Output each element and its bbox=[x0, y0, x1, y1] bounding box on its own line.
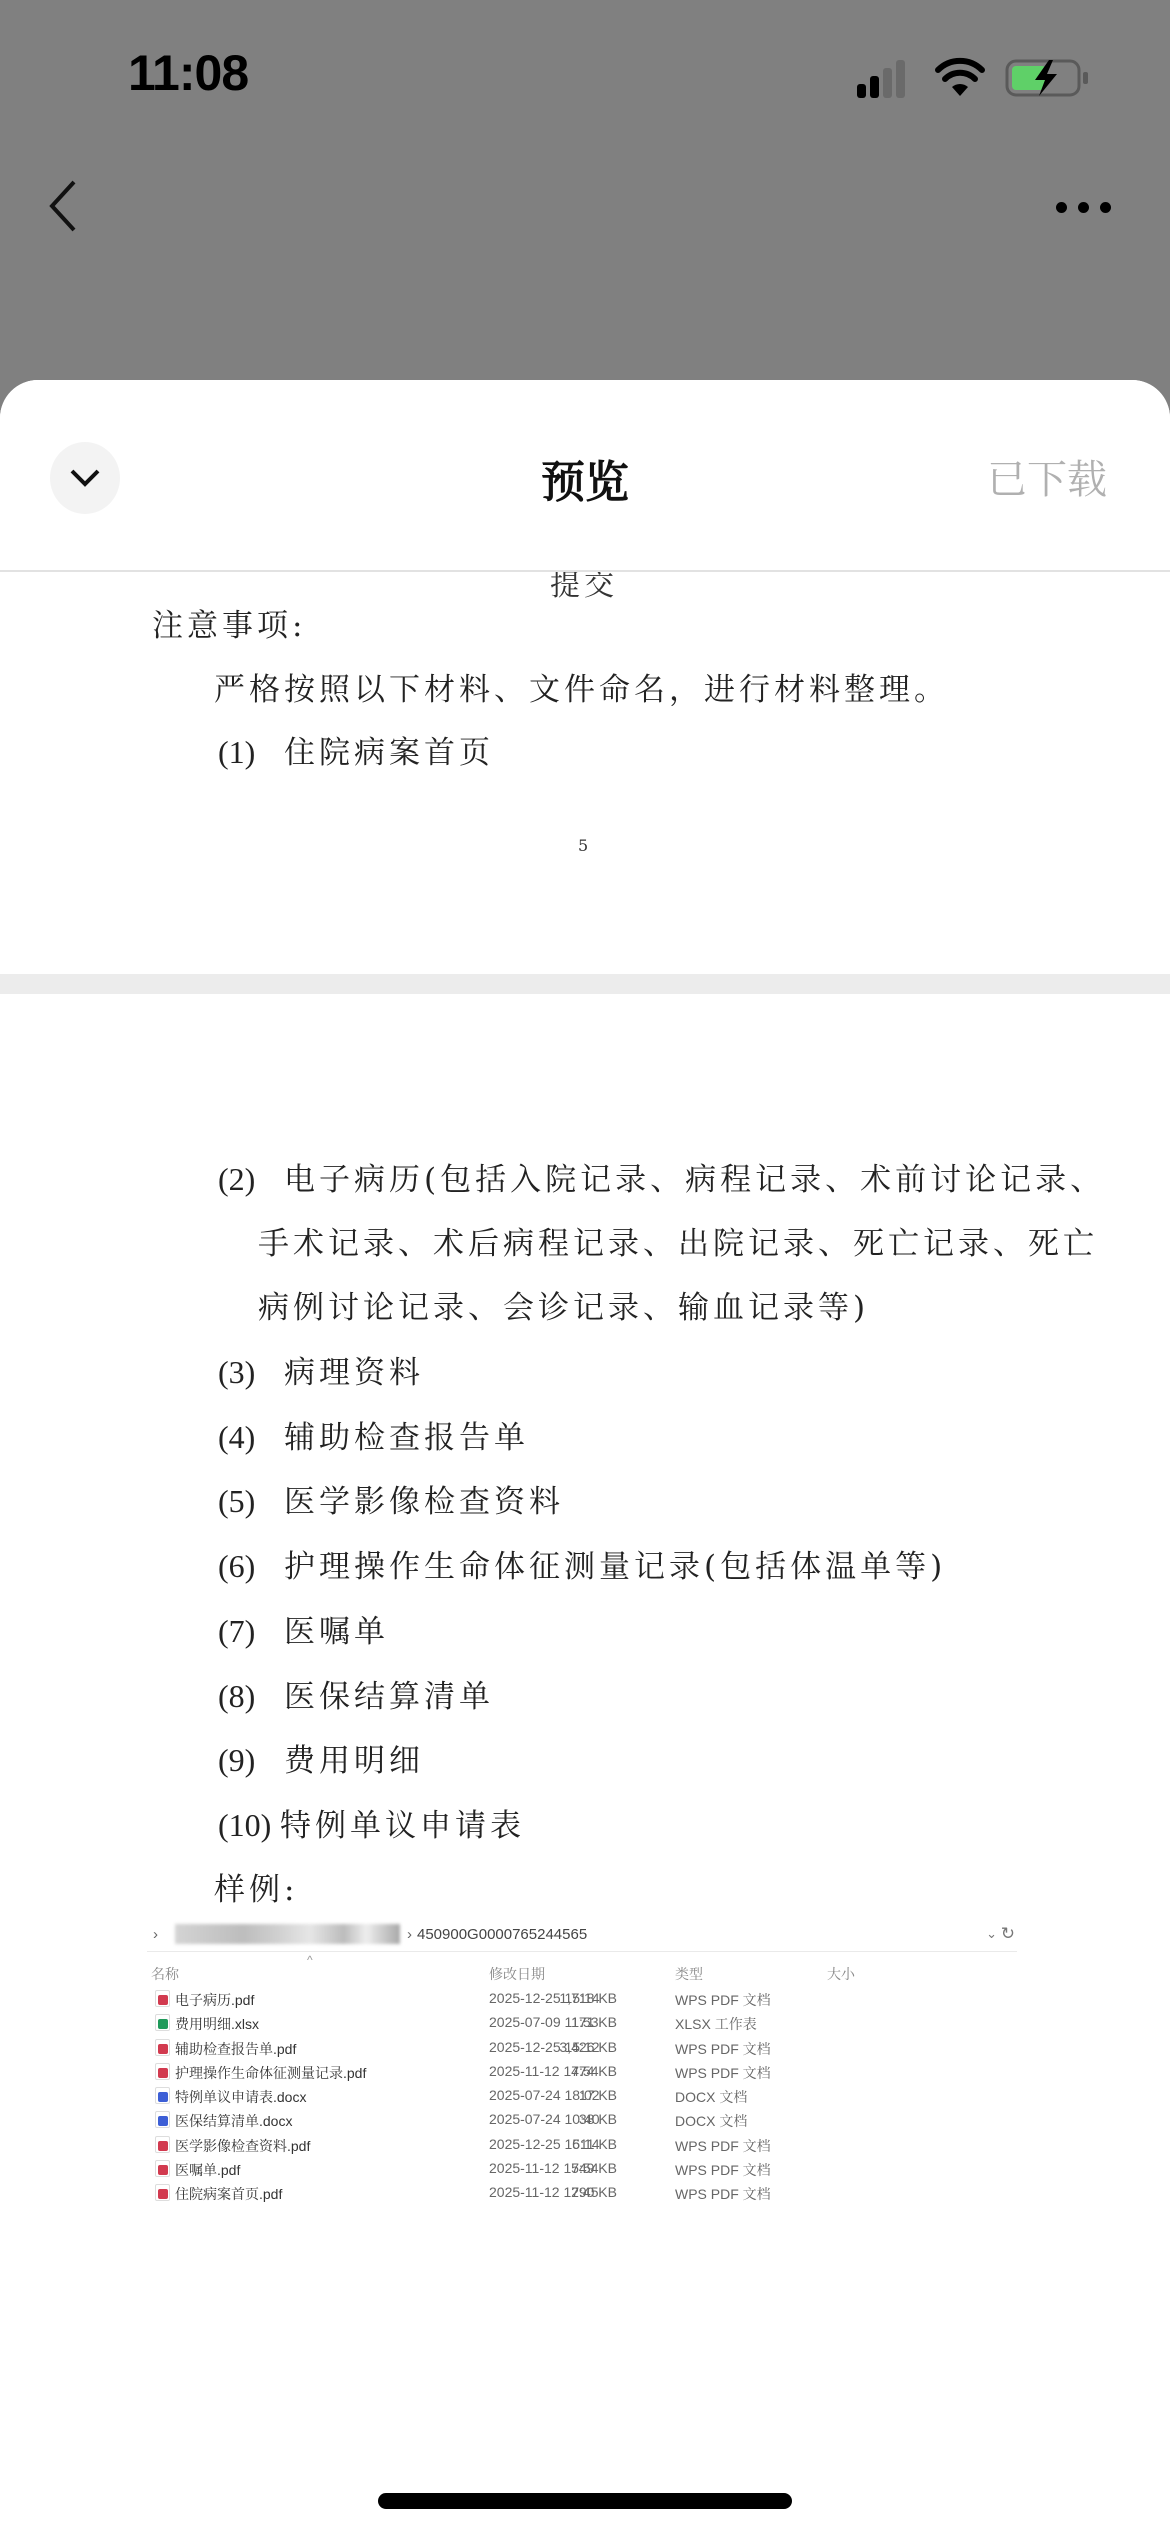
column-size: 大小 bbox=[827, 1964, 855, 1984]
page-separator bbox=[0, 974, 1170, 994]
docx-file-icon bbox=[155, 2111, 170, 2128]
list-item: (8)医保结算清单 bbox=[218, 1671, 494, 1716]
list-item: (1)住院病案首页 bbox=[218, 727, 494, 772]
list-item: (9)费用明细 bbox=[218, 1735, 424, 1780]
pdf-file-icon bbox=[155, 2160, 170, 2177]
list-item: (2)电子病历(包括入院记录、病程记录、术前讨论记录、 bbox=[218, 1154, 1105, 1199]
column-headers: 名称 修改日期 类型 大小 bbox=[147, 1952, 1017, 1986]
column-type: 类型 bbox=[675, 1964, 703, 1984]
file-row: 医学影像检查资料.pdf2025-12-25 15:14WPS PDF 文档61… bbox=[147, 2132, 1017, 2156]
list-item-continuation: 手术记录、术后病程记录、出院记录、死亡记录、死亡 bbox=[258, 1218, 1098, 1263]
downloaded-status: 已下载 bbox=[987, 448, 1107, 505]
list-item: (6)护理操作生命体征测量记录(包括体温单等) bbox=[218, 1541, 946, 1586]
file-row: 费用明细.xlsx2025-07-09 11:53XLSX 工作表171 KB bbox=[147, 2010, 1017, 2034]
pdf-file-icon bbox=[155, 2063, 170, 2080]
list-item: (7)医嘱单 bbox=[218, 1606, 389, 1651]
blurred-path bbox=[175, 1924, 400, 1944]
list-item: (5)医学影像检查资料 bbox=[218, 1476, 564, 1521]
folder-path: 450900G0000765244565 bbox=[417, 1926, 587, 1943]
home-indicator[interactable] bbox=[378, 2493, 792, 2509]
file-row: 医嘱单.pdf2025-11-12 17:54WPS PDF 文档549 KB bbox=[147, 2156, 1017, 2180]
file-list: 电子病历.pdf2025-12-25 15:14WPS PDF 文档1,718 … bbox=[147, 1986, 1017, 2205]
status-time: 11:08 bbox=[128, 44, 248, 102]
list-item: (4)辅助检查报告单 bbox=[218, 1412, 529, 1457]
chevron-down-icon: ⌄ bbox=[986, 1926, 997, 1942]
column-date: 修改日期 bbox=[489, 1964, 545, 1984]
sheet-header: 预览 已下载 bbox=[0, 380, 1170, 572]
back-chevron-icon[interactable] bbox=[44, 176, 84, 236]
file-explorer-example: › › 450900G0000765244565 ⌄ ↻ ^ 名称 修改日期 类… bbox=[147, 1920, 1017, 2205]
pdf-file-icon bbox=[155, 1990, 170, 2007]
list-item: (10)特例单议申请表 bbox=[218, 1800, 525, 1845]
list-item-continuation: 病例讨论记录、会诊记录、输血记录等) bbox=[258, 1282, 869, 1327]
column-name: 名称 bbox=[151, 1964, 179, 1984]
preview-sheet: 预览 已下载 提交 注意事项: 严格按照以下材料、文件命名，进行材料整理。 (1… bbox=[0, 380, 1170, 2532]
file-row: 护理操作生命体征测量记录.pdf2025-11-12 17:54WPS PDF … bbox=[147, 2059, 1017, 2083]
page-number: 5 bbox=[578, 836, 588, 855]
xlsx-file-icon bbox=[155, 2014, 170, 2031]
battery-charging-icon bbox=[1005, 58, 1091, 98]
pdf-file-icon bbox=[155, 2184, 170, 2201]
refresh-icon: ↻ bbox=[1001, 1924, 1015, 1944]
address-bar: › › 450900G0000765244565 ⌄ ↻ bbox=[147, 1920, 1017, 1952]
breadcrumb-chevron-icon: › bbox=[153, 1926, 158, 1943]
file-row: 住院病案首页.pdf2025-11-12 17:45WPS PDF 文档290 … bbox=[147, 2180, 1017, 2204]
more-options-button[interactable] bbox=[1052, 192, 1116, 222]
status-bar: 11:08 bbox=[0, 0, 1170, 150]
docx-file-icon bbox=[155, 2087, 170, 2104]
file-row: 医保结算清单.docx2025-07-24 10:40DOCX 文档38 KB bbox=[147, 2107, 1017, 2131]
breadcrumb-chevron-icon: › bbox=[407, 1926, 412, 1943]
instruction-text: 严格按照以下材料、文件命名，进行材料整理。 bbox=[214, 664, 949, 709]
file-row: 特例单议申请表.docx2025-07-24 18:02DOCX 文档17 KB bbox=[147, 2083, 1017, 2107]
file-row: 电子病历.pdf2025-12-25 15:14WPS PDF 文档1,718 … bbox=[147, 1986, 1017, 2010]
list-item: (3)病理资料 bbox=[218, 1347, 424, 1392]
notes-heading: 注意事项: bbox=[152, 600, 306, 645]
file-row: 辅助检查报告单.pdf2025-12-25 15:12WPS PDF 文档3,4… bbox=[147, 2035, 1017, 2059]
pdf-file-icon bbox=[155, 2039, 170, 2056]
example-label: 样例: bbox=[214, 1864, 298, 1909]
cellular-signal-icon bbox=[855, 58, 915, 98]
pdf-file-icon bbox=[155, 2136, 170, 2153]
wifi-icon bbox=[935, 56, 985, 98]
